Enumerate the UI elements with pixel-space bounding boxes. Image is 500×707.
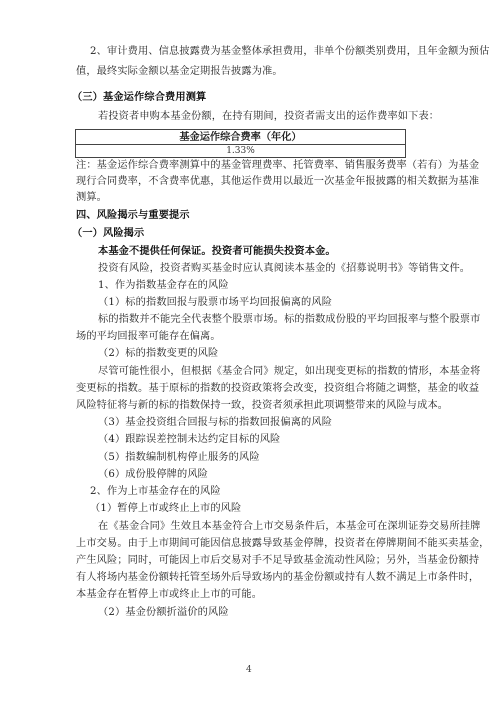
fee-rate-table-value: 1.33% [76, 145, 405, 158]
document-page: 2、审计费用、信息披露费为基金整体承担费用，非单个份额类别费用，且年金额为预估值… [0, 0, 500, 707]
text-line: 产生风险；同时，可能因上市后交易对手不足导致基金流动性风险；另外，当基金份额持 [76, 554, 418, 568]
text-line: （1）标的指数回报与股票市场平均回报偏离的风险 [98, 296, 440, 310]
text-line: （4）跟踪误差控制未达约定目标的风险 [98, 433, 440, 447]
text-line: （1）暂停上市或终止上市的风险 [90, 502, 432, 516]
text-line: （3）基金投资组合回报与标的指数回报偏离的风险 [98, 416, 440, 430]
text-line: 1、作为指数基金存在的风险 [98, 279, 440, 293]
fee-rate-table: 基金运作综合费率（年化） 1.33% [75, 129, 406, 158]
section-heading: （三）基金运作综合费用测算 [72, 90, 414, 104]
section-heading: 四、风险揭示与重要提示 [76, 208, 418, 222]
text-line: 投资有风险，投资者购买基金时应认真阅读本基金的《招募说明书》等销售文件。 [98, 262, 440, 276]
text-line: 风险特征将与新的标的指数保持一致，投资者须承担此项调整带来的风险与成本。 [76, 399, 418, 413]
text-line: 变更标的指数。基于原标的指数的投资政策将会改变，投资组合将随之调整，基金的收益 [76, 382, 418, 396]
text-line: 上市交易。由于上市期间可能因信息披露导致基金停牌，投资者在停牌期间不能买卖基金， [76, 537, 418, 551]
text-line: （5）指数编制机构停止服务的风险 [98, 451, 440, 465]
text-line: 在《基金合同》生效且本基金符合上市交易条件后，本基金可在深圳证券交易所挂牌 [98, 520, 440, 534]
text-line: 值，最终实际金额以基金定期报告披露为准。 [76, 65, 418, 79]
section-heading: （一）风险揭示 [72, 226, 414, 240]
text-line: 有人将场内基金份额转托管至场外后导致场内的基金份额或持有人数不满足上市条件时， [76, 571, 418, 585]
text-line: 标的指数并不能完全代表整个股票市场。标的指数成份股的平均回报率与整个股票市 [98, 313, 440, 327]
text-line: 2、作为上市基金存在的风险 [90, 485, 432, 499]
text-line: 2、审计费用、信息披露费为基金整体承担费用，非单个份额类别费用，且年金额为预估 [90, 45, 432, 59]
text-line: 场的平均回报率可能存在偏离。 [76, 330, 418, 344]
fee-rate-table-header: 基金运作综合费率（年化） [76, 130, 405, 145]
text-line: （2）基金份额折溢价的风险 [98, 606, 440, 620]
text-line: （6）成份股停牌的风险 [98, 468, 440, 482]
text-line: 注：基金运作综合费率测算中的基金管理费率、托管费率、销售服务费率（若有）为基金 [76, 159, 418, 173]
page-number: 4 [246, 665, 252, 675]
text-line: （2）标的指数变更的风险 [98, 347, 440, 361]
text-line: 尽管可能性很小，但根据《基金合同》规定，如出现变更标的指数的情形，本基金将 [98, 365, 440, 379]
text-line: 现行合同费率，不含费率优惠，其他运作费用以最近一次基金年报披露的相关数据为基准 [76, 175, 418, 189]
text-line: 测算。 [76, 191, 418, 205]
text-line: 本基金存在暂停上市或终止上市的可能。 [76, 588, 418, 602]
section-heading: 本基金不提供任何保证。投资者可能损失投资本金。 [98, 244, 440, 258]
text-line: 若投资者申购本基金份额，在持有期间，投资者需支出的运作费率如下表： [98, 110, 440, 124]
